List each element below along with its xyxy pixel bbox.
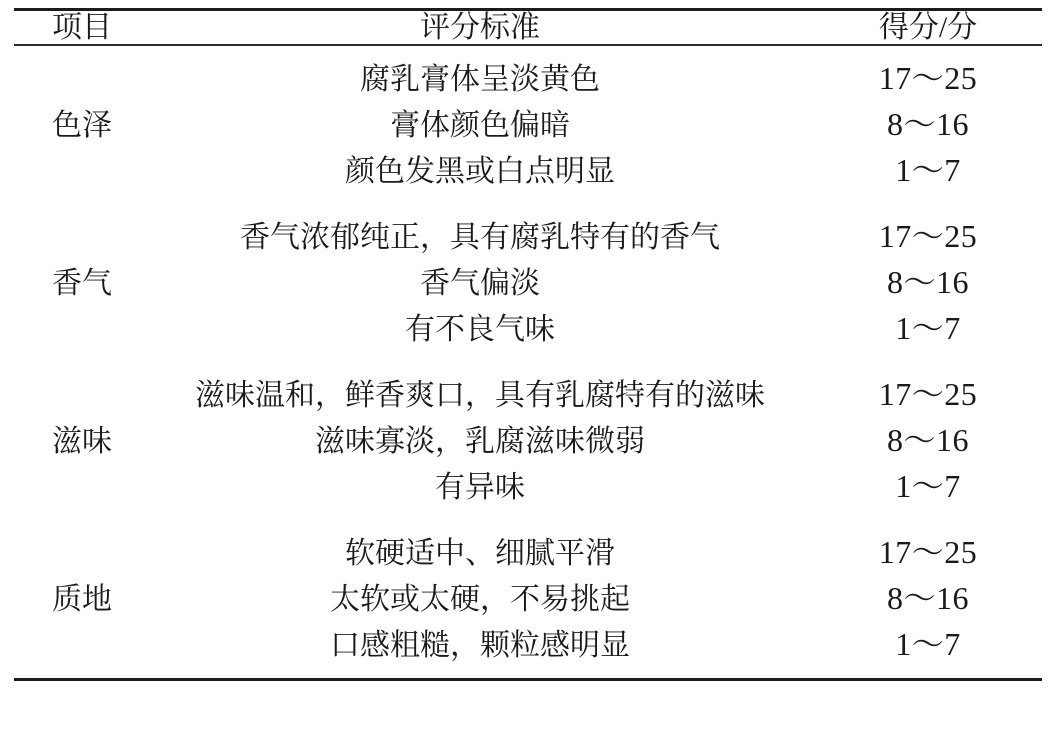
criteria-cell: 香气浓郁纯正，具有腐乳特有的香气 [146,204,814,260]
criteria-cell: 颜色发黑或白点明显 [146,148,814,204]
header-criteria: 评分标准 [146,10,814,46]
score-cell: 1～7 [814,622,1042,680]
score-cell: 8～16 [814,102,1042,148]
criteria-cell: 膏体颜色偏暗 [146,102,814,148]
scoring-criteria-table: 项目 评分标准 得分/分 色泽 腐乳膏体呈淡黄色 17～25 膏体颜色偏暗 8～… [14,8,1042,681]
score-cell: 1～7 [814,464,1042,520]
table-row: 滋味寡淡，乳腐滋味微弱 8～16 [14,418,1042,464]
criteria-cell: 滋味寡淡，乳腐滋味微弱 [146,418,814,464]
category-cell: 色泽 [14,45,146,204]
table-row: 香气偏淡 8～16 [14,260,1042,306]
table-body: 色泽 腐乳膏体呈淡黄色 17～25 膏体颜色偏暗 8～16 颜色发黑或白点明显 … [14,45,1042,680]
criteria-cell: 口感粗糙，颗粒感明显 [146,622,814,680]
criteria-cell: 有不良气味 [146,306,814,362]
table-row: 太软或太硬，不易挑起 8～16 [14,576,1042,622]
table-row: 有异味 1～7 [14,464,1042,520]
category-cell: 滋味 [14,362,146,520]
table-row: 有不良气味 1～7 [14,306,1042,362]
score-cell: 17～25 [814,45,1042,102]
score-cell: 17～25 [814,362,1042,418]
table-row: 质地 软硬适中、细腻平滑 17～25 [14,520,1042,576]
criteria-cell: 香气偏淡 [146,260,814,306]
table-header: 项目 评分标准 得分/分 [14,10,1042,46]
criteria-cell: 软硬适中、细腻平滑 [146,520,814,576]
score-cell: 17～25 [814,520,1042,576]
header-row: 项目 评分标准 得分/分 [14,10,1042,46]
table-row: 膏体颜色偏暗 8～16 [14,102,1042,148]
table-row: 香气 香气浓郁纯正，具有腐乳特有的香气 17～25 [14,204,1042,260]
score-cell: 8～16 [814,418,1042,464]
score-cell: 1～7 [814,306,1042,362]
score-cell: 1～7 [814,148,1042,204]
criteria-cell: 太软或太硬，不易挑起 [146,576,814,622]
criteria-cell: 有异味 [146,464,814,520]
score-cell: 8～16 [814,576,1042,622]
criteria-cell: 腐乳膏体呈淡黄色 [146,45,814,102]
table-row: 颜色发黑或白点明显 1～7 [14,148,1042,204]
score-cell: 8～16 [814,260,1042,306]
scoring-table-container: 项目 评分标准 得分/分 色泽 腐乳膏体呈淡黄色 17～25 膏体颜色偏暗 8～… [0,0,1058,681]
category-cell: 香气 [14,204,146,362]
criteria-cell: 滋味温和，鲜香爽口，具有乳腐特有的滋味 [146,362,814,418]
category-cell: 质地 [14,520,146,680]
score-cell: 17～25 [814,204,1042,260]
table-row: 色泽 腐乳膏体呈淡黄色 17～25 [14,45,1042,102]
table-row: 口感粗糙，颗粒感明显 1～7 [14,622,1042,680]
header-item: 项目 [14,10,146,46]
table-row: 滋味 滋味温和，鲜香爽口，具有乳腐特有的滋味 17～25 [14,362,1042,418]
header-score: 得分/分 [814,10,1042,46]
